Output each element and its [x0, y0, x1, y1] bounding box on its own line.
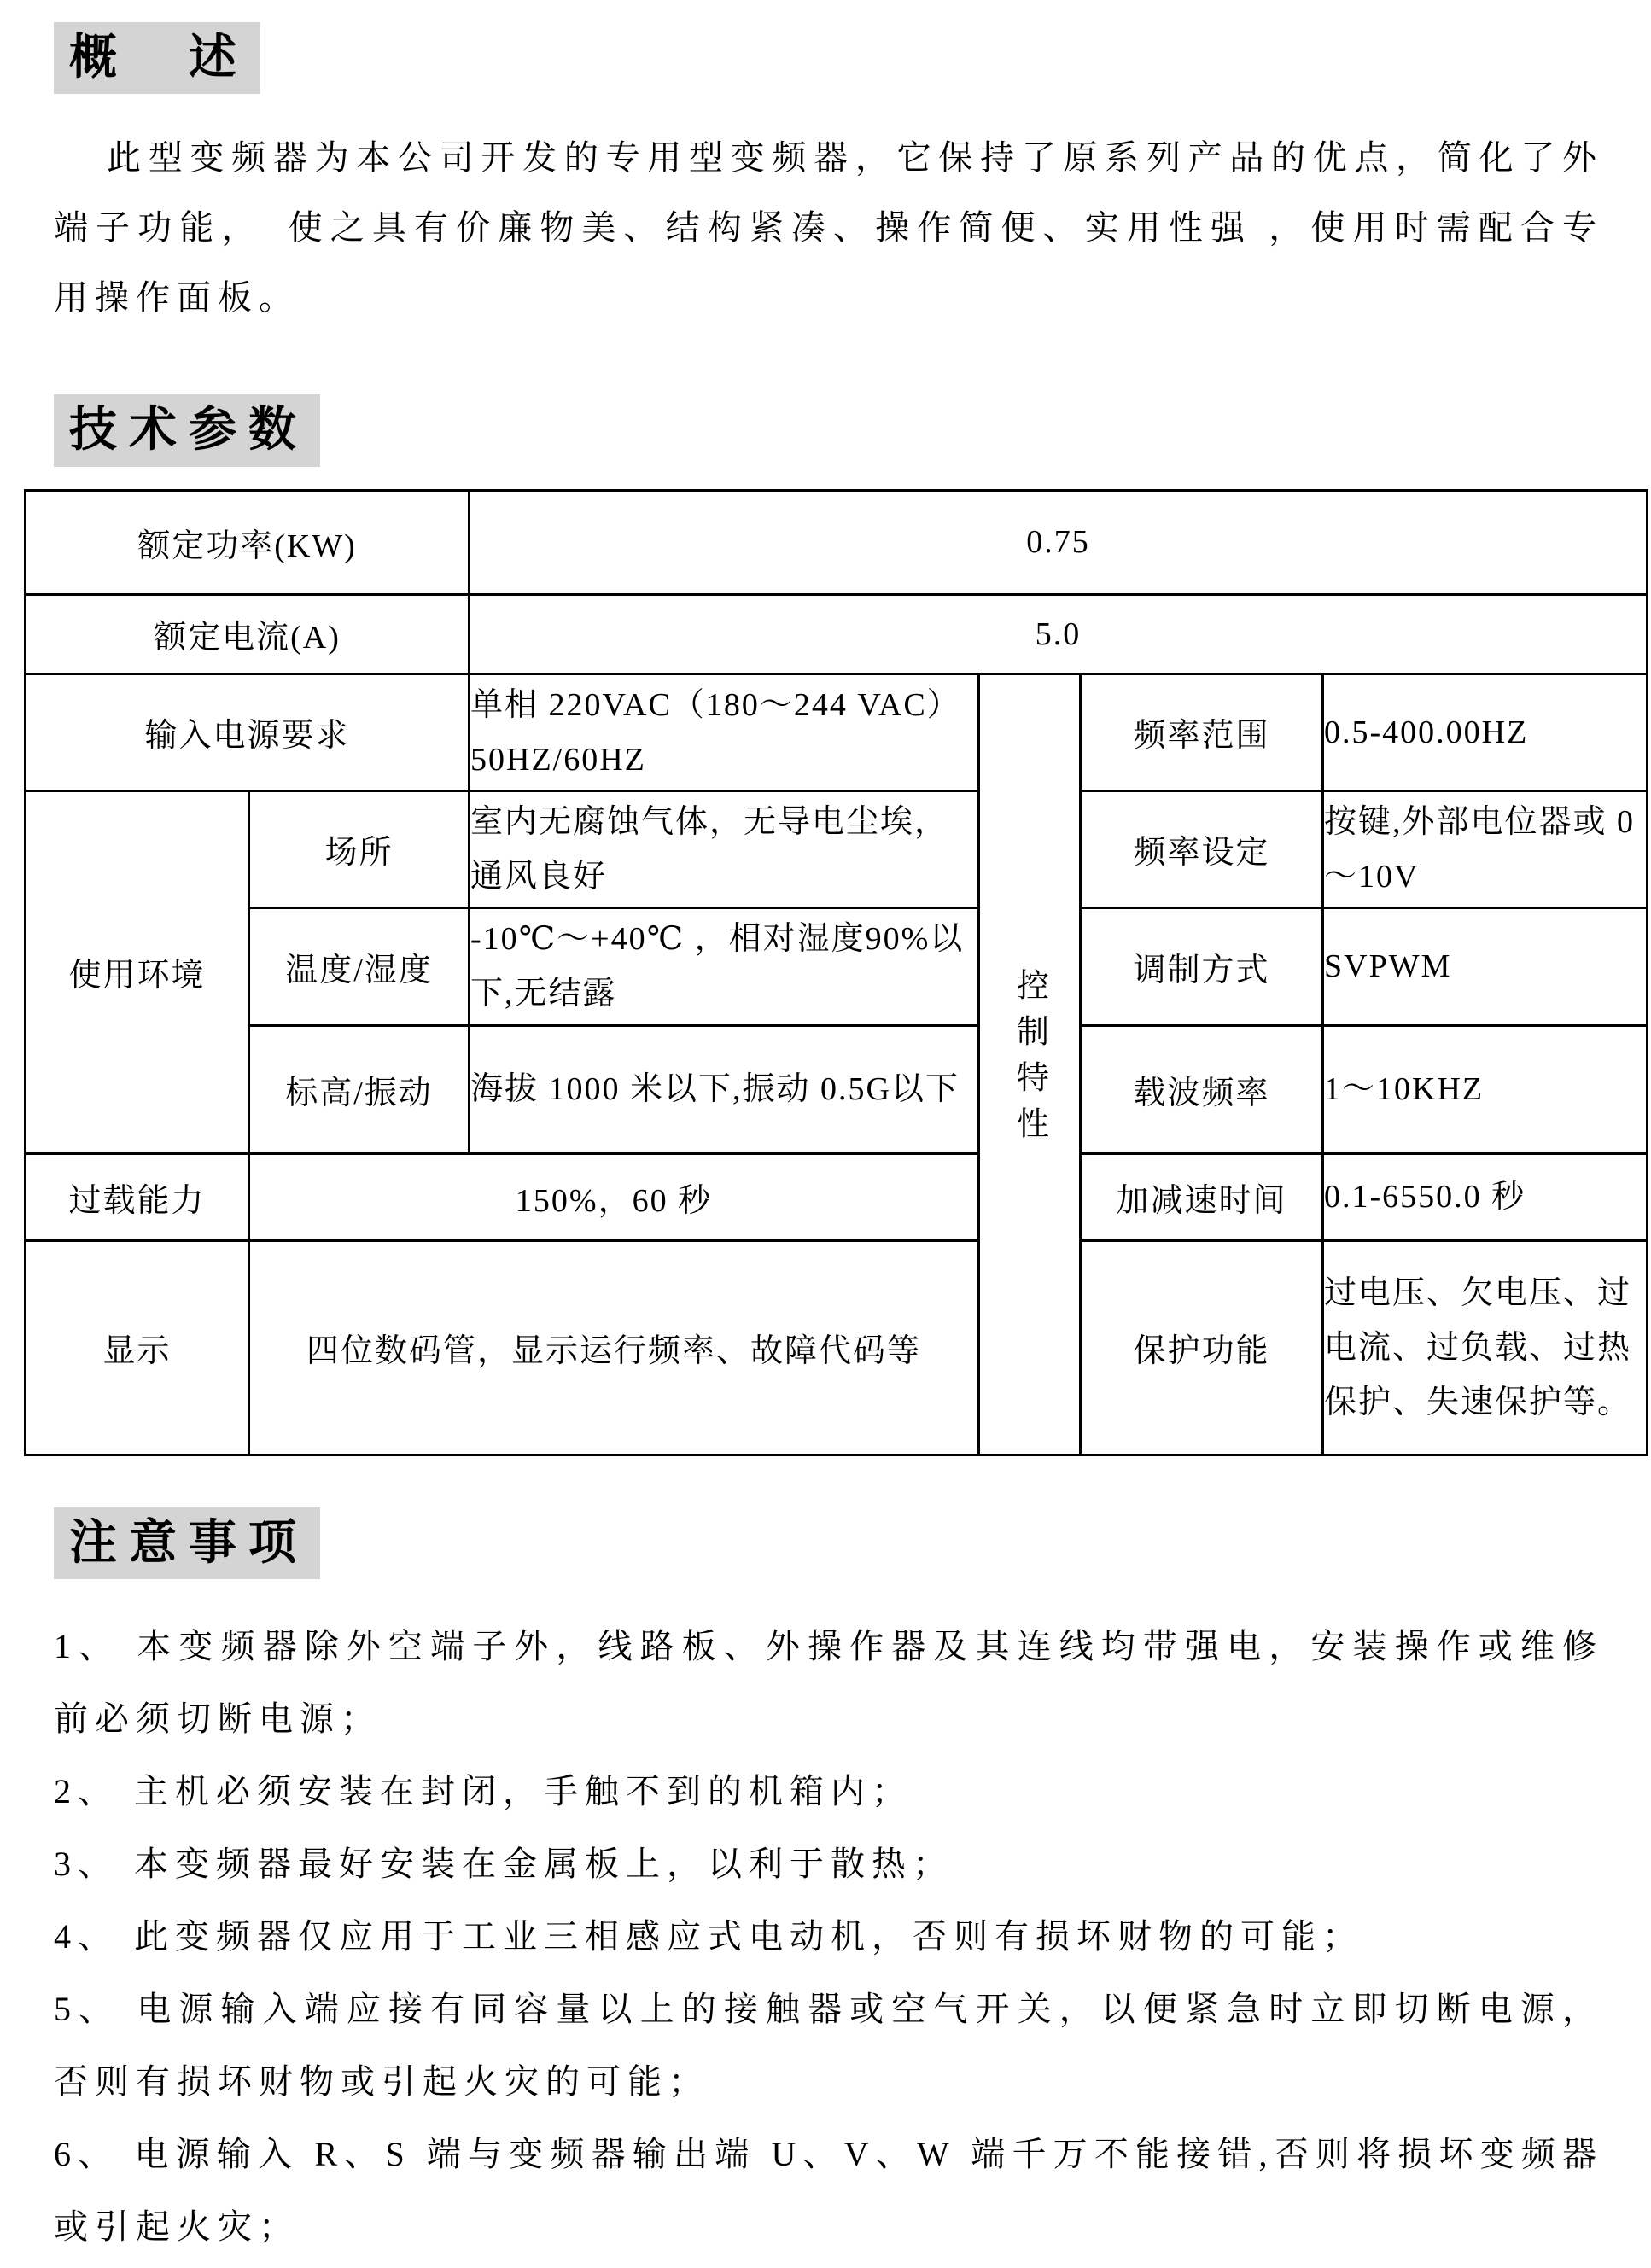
table-row-altitude-carrier: 标高/振动 海拔 1000 米以下,振动 0.5G以下 载波频率 1～10KHZ [26, 1025, 1648, 1153]
note-item: 3、 本变频器最好安装在金属板上，以利于散热； [54, 1828, 1603, 1900]
freq-range-label: 频率范围 [1081, 673, 1323, 790]
site-label: 场所 [249, 790, 470, 907]
input-power-value: 单相 220VAC（180～244 VAC）50HZ/60HZ [470, 673, 979, 790]
overload-label: 过载能力 [26, 1153, 249, 1240]
table-row-rated-current: 额定电流(A) 5.0 [26, 594, 1648, 673]
note-item: 4、 此变频器仅应用于工业三相感应式电动机，否则有损坏财物的可能； [54, 1900, 1603, 1973]
rated-power-value: 0.75 [470, 490, 1648, 594]
altitude-value: 海拔 1000 米以下,振动 0.5G以下 [470, 1025, 979, 1153]
environment-label: 使用环境 [26, 790, 249, 1153]
temp-value: -10℃～+40℃ ，相对湿度90%以下,无结露 [470, 907, 979, 1025]
control-characteristics-label: 控制特性 [979, 673, 1081, 1455]
heading-overview: 概 述 [54, 22, 260, 94]
specs-table: 额定功率(KW) 0.75 额定电流(A) 5.0 输入电源要求 单相 220V… [24, 489, 1648, 1456]
note-item: 2、 主机必须安装在封闭，手触不到的机箱内； [54, 1755, 1603, 1828]
display-label: 显示 [26, 1240, 249, 1455]
overview-paragraph: 此型变频器为本公司开发的专用型变频器，它保持了原系列产品的优点，简化了外端子功能… [54, 123, 1603, 333]
modulation-label: 调制方式 [1081, 907, 1323, 1025]
carrier-value: 1～10KHZ [1323, 1025, 1648, 1153]
freq-range-value: 0.5-400.00HZ [1323, 673, 1648, 790]
altitude-label: 标高/振动 [249, 1025, 470, 1153]
freq-set-label: 频率设定 [1081, 790, 1323, 907]
carrier-label: 载波频率 [1081, 1025, 1323, 1153]
rated-power-label: 额定功率(KW) [26, 490, 470, 594]
control-characteristics-text: 控制特性 [1006, 968, 1053, 1152]
protection-label: 保护功能 [1081, 1240, 1323, 1455]
table-row-overload-accel: 过载能力 150%，60 秒 加减速时间 0.1-6550.0 秒 [26, 1153, 1648, 1240]
accel-value: 0.1-6550.0 秒 [1323, 1153, 1648, 1240]
modulation-value: SVPWM [1323, 907, 1648, 1025]
table-row-temp-modulation: 温度/湿度 -10℃～+40℃ ，相对湿度90%以下,无结露 调制方式 SVPW… [26, 907, 1648, 1025]
input-power-label: 输入电源要求 [26, 673, 470, 790]
accel-label: 加减速时间 [1081, 1153, 1323, 1240]
site-value: 室内无腐蚀气体，无导电尘埃，通风良好 [470, 790, 979, 907]
specs-heading-wrap: 技术参数 [54, 394, 1603, 466]
freq-set-value: 按键,外部电位器或 0～10V [1323, 790, 1648, 907]
table-row-input-power: 输入电源要求 单相 220VAC（180～244 VAC）50HZ/60HZ 控… [26, 673, 1648, 790]
notes-list: 1、 本变频器除外空端子外，线路板、外操作器及其连线均带强电，安装操作或维修前必… [54, 1610, 1603, 2263]
rated-current-label: 额定电流(A) [26, 594, 470, 673]
table-row-display-protection: 显示 四位数码管，显示运行频率、故障代码等 保护功能 过电压、欠电压、过电流、过… [26, 1240, 1648, 1455]
note-item: 5、 电源输入端应接有同容量以上的接触器或空气开关，以便紧急时立即切断电源，否则… [54, 1973, 1603, 2118]
temp-label: 温度/湿度 [249, 907, 470, 1025]
page-content: 概 述 此型变频器为本公司开发的专用型变频器，它保持了原系列产品的优点，简化了外… [0, 0, 1651, 2263]
heading-notes: 注意事项 [54, 1507, 320, 1579]
protection-value: 过电压、欠电压、过电流、过负载、过热保护、失速保护等。 [1323, 1240, 1648, 1455]
note-item: 6、 电源输入 R、S 端与变频器输出端 U、V、W 端千万不能接错,否则将损坏… [54, 2118, 1603, 2263]
table-row-rated-power: 额定功率(KW) 0.75 [26, 490, 1648, 594]
rated-current-value: 5.0 [470, 594, 1648, 673]
table-row-environment-site: 使用环境 场所 室内无腐蚀气体，无导电尘埃，通风良好 频率设定 按键,外部电位器… [26, 790, 1648, 907]
note-item: 1、 本变频器除外空端子外，线路板、外操作器及其连线均带强电，安装操作或维修前必… [54, 1610, 1603, 1755]
notes-heading-wrap: 注意事项 [54, 1507, 1603, 1579]
overload-value: 150%，60 秒 [249, 1153, 979, 1240]
heading-specs: 技术参数 [54, 394, 320, 466]
display-value: 四位数码管，显示运行频率、故障代码等 [249, 1240, 979, 1455]
manual-page: 概 述 此型变频器为本公司开发的专用型变频器，它保持了原系列产品的优点，简化了外… [0, 0, 1651, 2268]
